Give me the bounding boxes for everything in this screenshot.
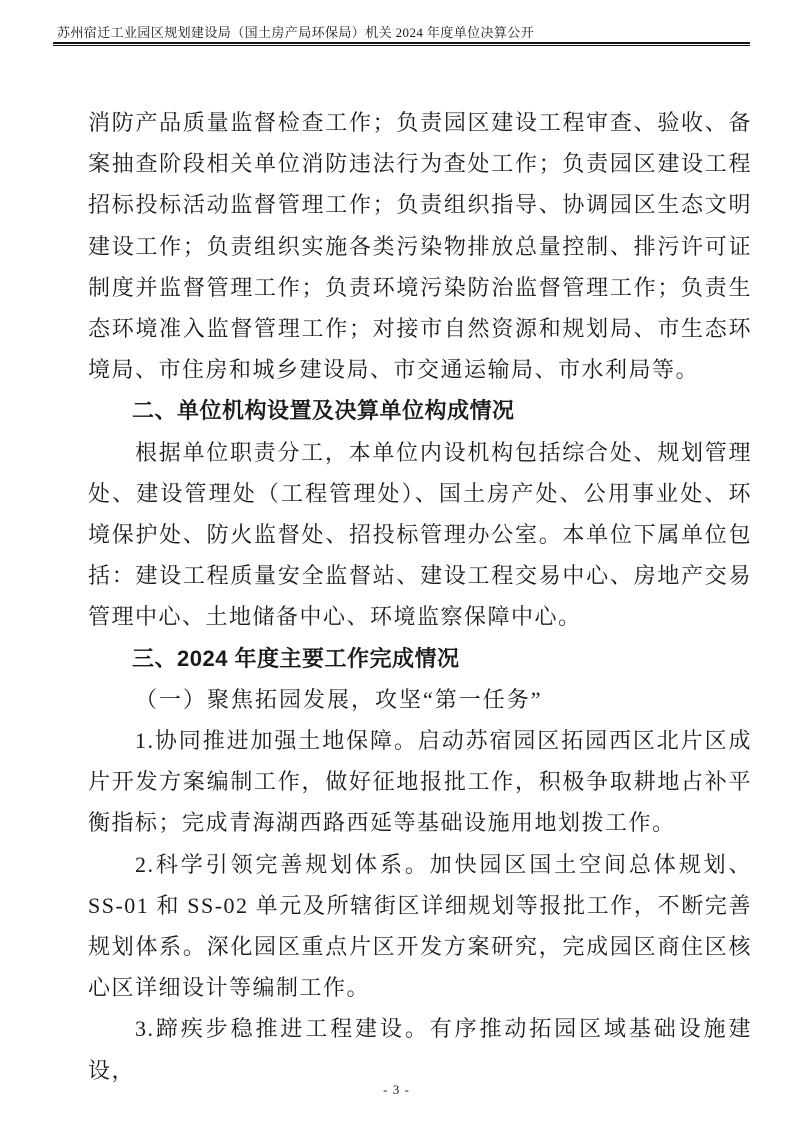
- document-page: 苏州宿迁工业园区规划建设局（国土房产局环保局）机关 2024 年度单位决算公开 …: [0, 0, 793, 1122]
- document-body: 消防产品质量监督检查工作；负责园区建设工程审查、验收、备案抽查阶段相关单位消防违…: [88, 102, 752, 1091]
- header-rule: [53, 42, 750, 46]
- paragraph-item-1: 1.协同推进加强土地保障。启动苏宿园区拓园西区北片区成片开发方案编制工作，做好征…: [88, 720, 752, 844]
- paragraph-org-structure: 根据单位职责分工，本单位内设机构包括综合处、规划管理处、建设管理处（工程管理处）…: [88, 432, 752, 638]
- paragraph-duties-continuation: 消防产品质量监督检查工作；负责园区建设工程审查、验收、备案抽查阶段相关单位消防违…: [88, 102, 752, 390]
- paragraph-item-3: 3.蹄疾步稳推进工程建设。有序推动拓园区域基础设施建设，: [88, 1008, 752, 1090]
- paragraph-item-2: 2.科学引领完善规划体系。加快园区国土空间总体规划、SS-01 和 SS-02 …: [88, 844, 752, 1009]
- page-number: - 3 -: [0, 1082, 793, 1098]
- page-header-title: 苏州宿迁工业园区规划建设局（国土房产局环保局）机关 2024 年度单位决算公开: [57, 22, 534, 41]
- section-heading-2: 二、单位机构设置及决算单位构成情况: [88, 390, 752, 431]
- sub-heading-1: （一）聚焦拓园发展，攻坚“第一任务”: [88, 679, 752, 720]
- section-heading-3: 三、2024 年度主要工作完成情况: [88, 638, 752, 679]
